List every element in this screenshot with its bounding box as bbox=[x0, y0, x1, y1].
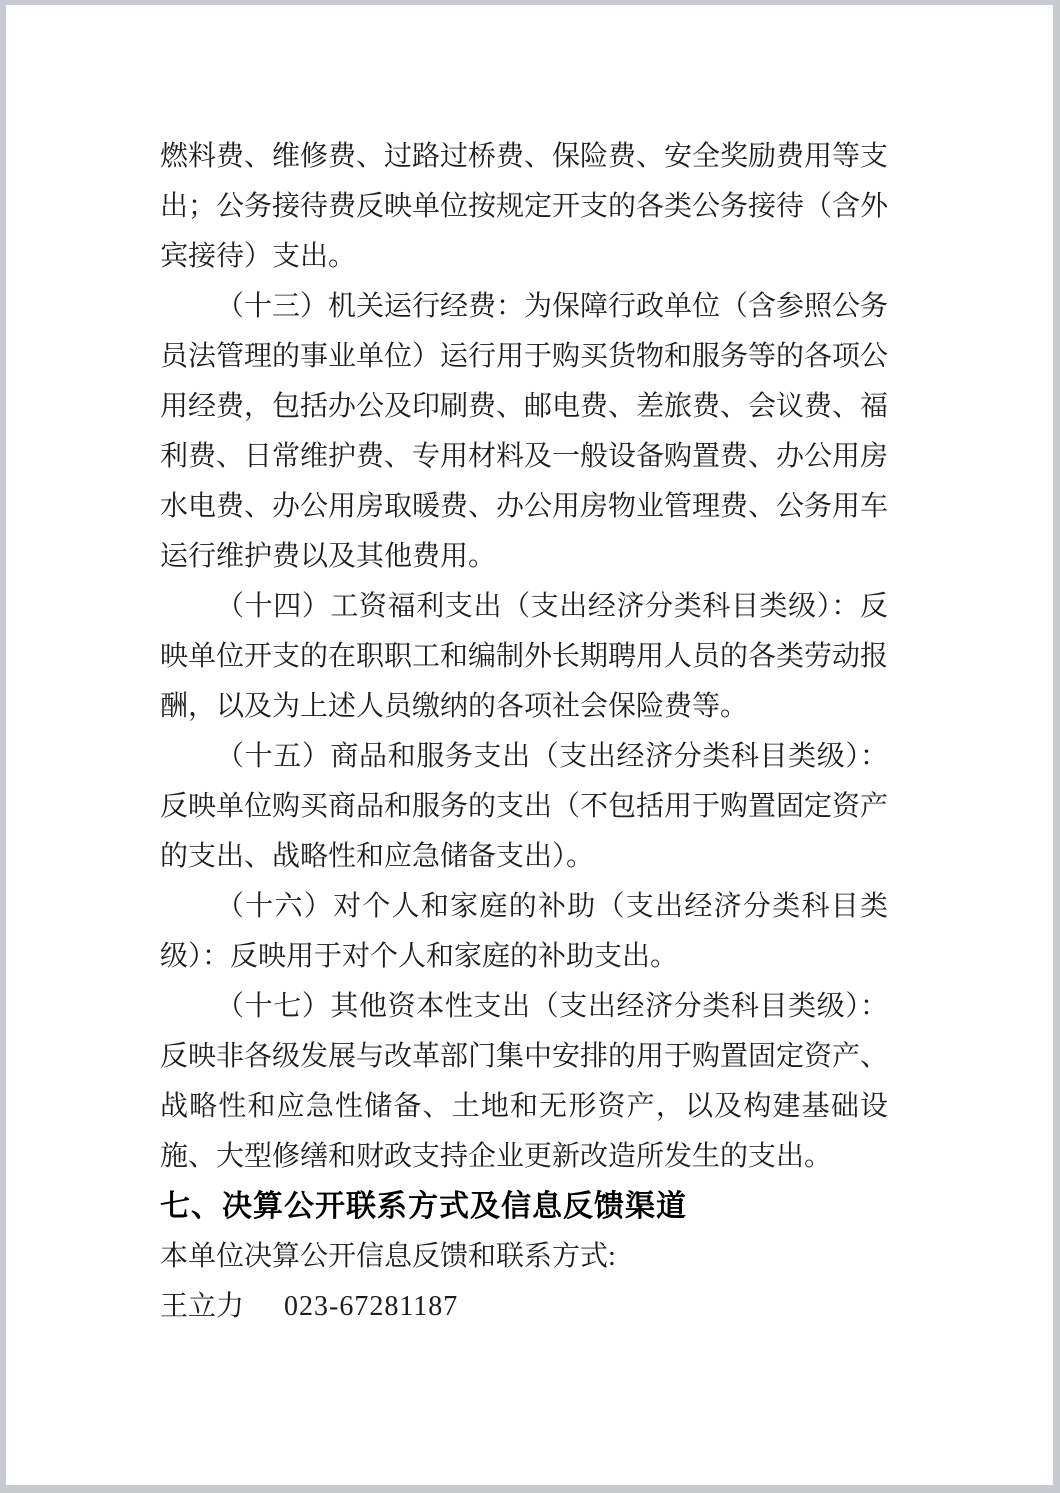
contact-details: 王立力023-67281187 bbox=[160, 1282, 888, 1332]
contact-phone: 023-67281187 bbox=[284, 1291, 458, 1322]
body-paragraph: （十五）商品和服务支出（支出经济分类科目类级）：反映单位购买商品和服务的支出（不… bbox=[160, 732, 888, 882]
body-paragraph: （十六）对个人和家庭的补助（支出经济分类科目类级）：反映用于对个人和家庭的补助支… bbox=[160, 882, 888, 982]
contact-name: 王立力 bbox=[160, 1291, 244, 1322]
body-paragraph: （十三）机关运行经费：为保障行政单位（含参照公务员法管理的事业单位）运行用于购买… bbox=[160, 282, 888, 582]
body-paragraph: 燃料费、维修费、过路过桥费、保险费、安全奖励费用等支出；公务接待费反映单位按规定… bbox=[160, 132, 888, 282]
document-page: 燃料费、维修费、过路过桥费、保险费、安全奖励费用等支出；公务接待费反映单位按规定… bbox=[6, 5, 1053, 1485]
contact-intro: 本单位决算公开信息反馈和联系方式: bbox=[160, 1232, 888, 1282]
body-paragraph: （十四）工资福利支出（支出经济分类科目类级）：反映单位开支的在职职工和编制外长期… bbox=[160, 582, 888, 732]
body-paragraph: （十七）其他资本性支出（支出经济分类科目类级）：反映非各级发展与改革部门集中安排… bbox=[160, 982, 888, 1182]
body-text: 燃料费、维修费、过路过桥费、保险费、安全奖励费用等支出；公务接待费反映单位按规定… bbox=[160, 132, 888, 1182]
section-heading: 七、决算公开联系方式及信息反馈渠道 bbox=[160, 1182, 888, 1232]
viewer-background: { "page": { "background_color": "#c7cbd1… bbox=[0, 0, 1060, 1493]
page-content: 燃料费、维修费、过路过桥费、保险费、安全奖励费用等支出；公务接待费反映单位按规定… bbox=[6, 5, 1053, 1332]
